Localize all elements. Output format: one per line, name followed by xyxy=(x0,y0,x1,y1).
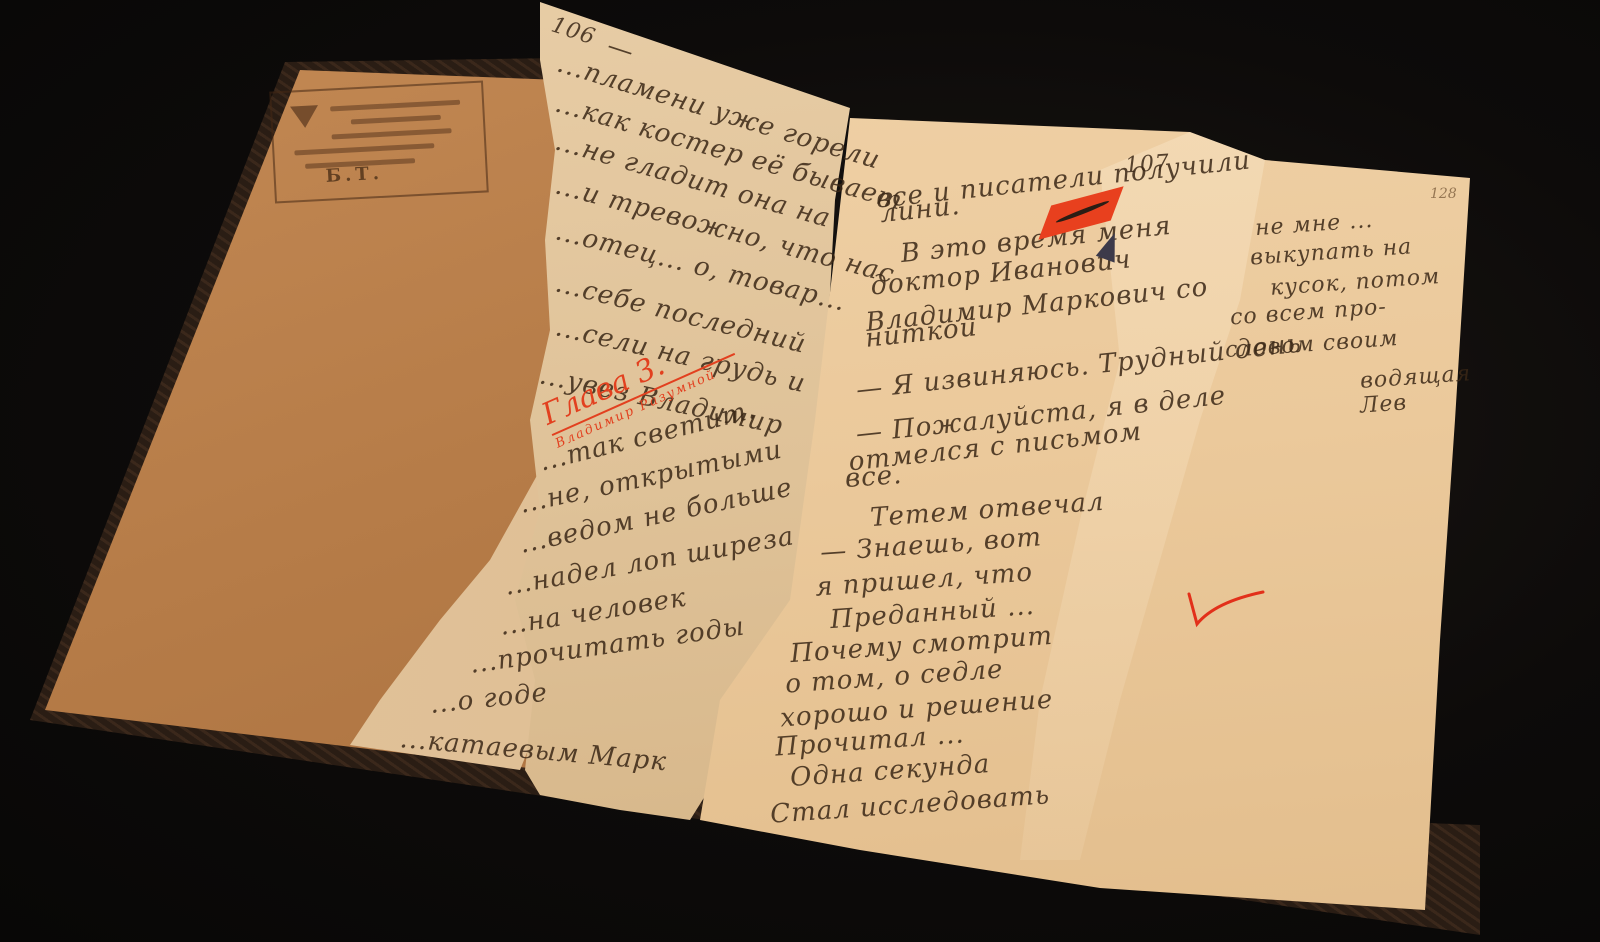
stamp-triangle-icon xyxy=(290,105,319,128)
red-checkmark-icon xyxy=(1185,588,1265,628)
handwritten-line: все. xyxy=(844,460,903,494)
stamp-text: Б.Т. xyxy=(325,163,383,187)
corner-page-number: 128 xyxy=(1430,186,1457,202)
library-stamp: Б.Т. xyxy=(269,80,489,203)
handwritten-line: Лев xyxy=(1359,390,1408,418)
